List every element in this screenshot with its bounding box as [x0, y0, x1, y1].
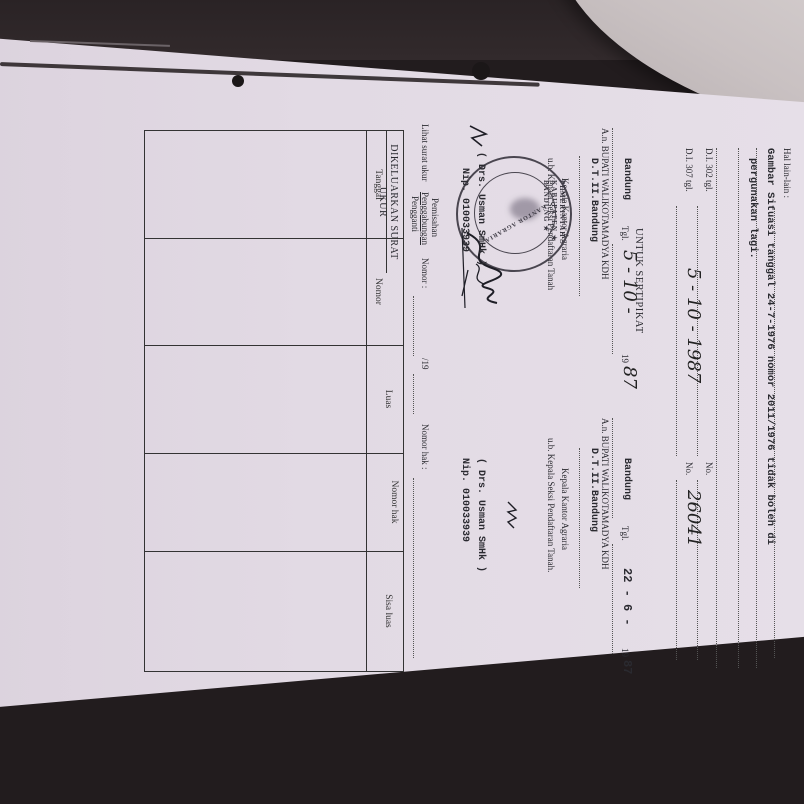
di307-no-label: No. — [684, 462, 694, 475]
punch-hole — [472, 62, 490, 80]
di302-label: D.I. 302 tgl. — [704, 148, 714, 192]
punch-hole — [232, 75, 244, 87]
di302-no-label: No. — [704, 462, 714, 475]
di307-label: D.I. 307 tgl. — [684, 148, 694, 192]
lihat-surat-ukur-label: Lihat surat ukur — [420, 124, 430, 182]
paraf-mark — [460, 260, 490, 300]
hal-lain-line1: Gambar Situasi tanggal 24-7-1976 nomor 2… — [764, 148, 776, 545]
left-date: 5 - 10 - — [619, 250, 640, 314]
right-tgl-label: Tgl. — [620, 526, 630, 541]
hal-lain-line2: pergunakan lagi. — [747, 158, 759, 259]
right-year: 87 — [620, 660, 634, 674]
col-luas: Luas — [383, 345, 393, 453]
right-nip: Nip. 010033939 — [459, 458, 470, 542]
right-ub: u.b. Kepala Seksi Pendaftaran Tanah. — [546, 438, 556, 572]
lihat-nomor-label: Nomor : — [420, 258, 430, 288]
di307-date: 5 - 10 - 1987 — [683, 268, 704, 383]
left-place: Bandung — [621, 158, 632, 200]
col-nomor-hak: Nomor hak — [389, 453, 399, 551]
left-region: D.T.II.Bandung — [588, 158, 599, 242]
stamp-ring-text: PEMERINTAH KABUPATEN ★ BANDUNG ★ — [542, 180, 566, 270]
penggabungan-option: Penggabungan — [420, 192, 430, 245]
lihat-year-label: /19 — [420, 358, 430, 370]
lihat-nomor-hak-label: Nomor hak : — [420, 424, 430, 470]
hal-lain-label: Hal lain-lain : — [782, 148, 792, 198]
initial-mark — [464, 122, 490, 152]
col-sisa-luas: Sisa luas — [383, 551, 393, 671]
right-year-prefix: 19 — [620, 648, 630, 657]
left-tgl-label: Tgl. — [620, 226, 630, 241]
right-date: 22 - 6 - — [620, 568, 634, 626]
left-year-prefix: 19 — [620, 354, 630, 363]
right-office: Kepala Kantor Agraria — [560, 468, 570, 550]
signature-right — [502, 498, 522, 538]
right-region: D.T.II.Bandung — [588, 448, 599, 532]
di307-no: 26041 — [683, 490, 704, 547]
pengganti-option: Pengganti — [410, 196, 420, 232]
right-an: A.n. BUPATI WALIKOTAMADYA KDH — [600, 418, 610, 570]
rotated-document: Hal lain-lain : Gambar Situasi tanggal 2… — [22, 118, 802, 678]
col-tanggal: Tanggal — [373, 131, 383, 238]
left-year: 87 — [619, 366, 640, 389]
right-place: Bandung — [621, 458, 632, 500]
surat-ukur-table: DIKELUARKAN SURAT UKUR Tanggal Nomor Lua… — [144, 130, 404, 672]
left-signer: ( Drs. Usman SmHk ) — [475, 152, 486, 266]
col-nomor: Nomor — [373, 238, 383, 345]
left-nip: Nip. 010033939 — [459, 168, 470, 252]
left-an: A.n. BUPATI WALIKOTAMADYA KDH — [600, 128, 610, 280]
pemisahan-option: Pemisahan — [430, 198, 440, 237]
right-signer: ( Drs. Usman SmHk ) — [475, 458, 486, 572]
